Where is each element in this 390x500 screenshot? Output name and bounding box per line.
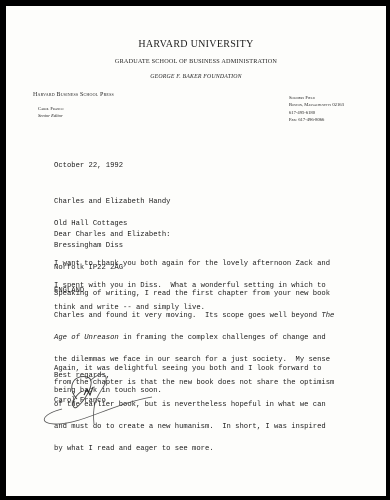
book-title-fragment: The bbox=[321, 312, 334, 320]
letterhead-editor-title: Senior Editor bbox=[38, 113, 63, 118]
letterhead-school: GRADUATE SCHOOL OF BUSINESS ADMINISTRATI… bbox=[6, 58, 386, 65]
recipient-line: Old Hall Cottages bbox=[54, 221, 170, 228]
paragraph-line: and must do to create a new humanism. In… bbox=[54, 424, 334, 431]
recipient-line: Charles and Elizabeth Handy bbox=[54, 199, 170, 206]
text-run: Charles and found it very moving. Its sc… bbox=[54, 312, 321, 320]
letter-page: HARVARD UNIVERSITY GRADUATE SCHOOL OF BU… bbox=[6, 6, 386, 496]
paragraph-line: by what I read and eager to see more. bbox=[54, 446, 334, 453]
address-line-2: Boston, Massachusetts 02163 bbox=[289, 101, 344, 108]
signer-name: Carol Franco bbox=[54, 398, 106, 405]
paragraph-line: being back in touch soon. bbox=[54, 388, 321, 395]
letter-date: October 22, 1992 bbox=[54, 163, 123, 170]
letterhead-foundation: GEORGE F. BAKER FOUNDATION bbox=[6, 74, 386, 80]
letterhead-press: Harvard Business School Press bbox=[33, 92, 114, 98]
salutation: Dear Charles and Elizabeth: bbox=[54, 232, 170, 239]
closing: Best regards, bbox=[54, 373, 110, 380]
address-phone: 617-495-6180 bbox=[289, 109, 344, 116]
paragraph-line: Charles and found it very moving. Its sc… bbox=[54, 313, 334, 320]
paragraph-line: I want to thank you both again for the l… bbox=[54, 261, 330, 268]
letterhead-editor-name: Carol Franco bbox=[38, 106, 63, 111]
address-fax: Fax: 617-496-8066 bbox=[289, 116, 344, 123]
paragraph-line: Age of Unreason in framing the complex c… bbox=[54, 335, 334, 342]
text-run: in framing the complex challenges of cha… bbox=[119, 334, 326, 342]
book-title-fragment: Age of Unreason bbox=[54, 334, 119, 342]
address-line-1: Soldiers Field bbox=[289, 94, 344, 101]
letterhead-university: HARVARD UNIVERSITY bbox=[6, 39, 386, 50]
paragraph-line: Speaking of writing, I read the first ch… bbox=[54, 291, 334, 298]
letterhead-address: Soldiers Field Boston, Massachusetts 021… bbox=[289, 94, 344, 123]
